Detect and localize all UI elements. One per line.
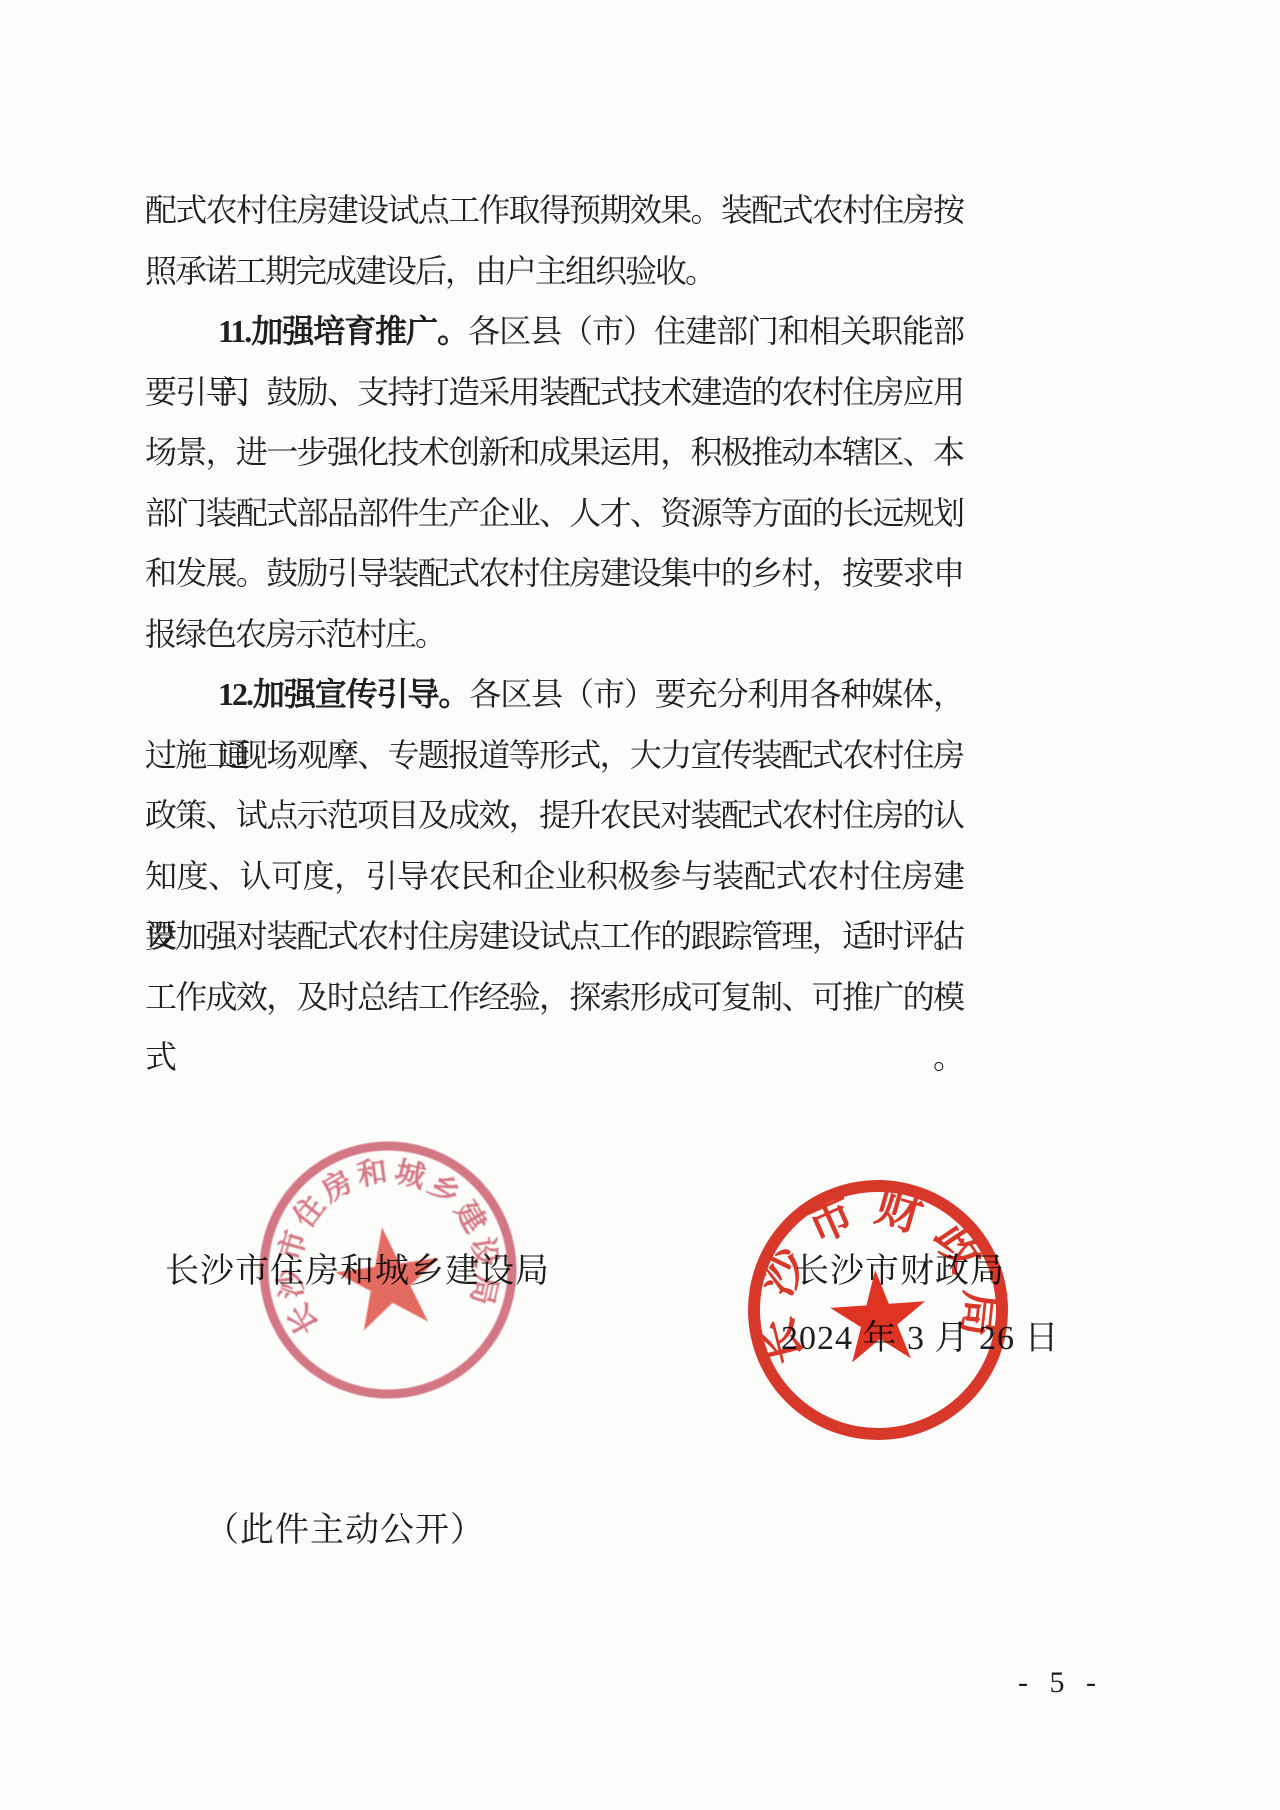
body-line: 12.加强宣传引导。各区县（市）要充分利用各种媒体，通 <box>145 664 963 725</box>
body-line: 要引导、鼓励、支持打造采用装配式技术建造的农村住房应用 <box>145 362 963 423</box>
body-line: 要加强对装配式农村住房建设试点工作的跟踪管理，适时评估 <box>145 906 963 967</box>
body-line: 11.加强培育推广。各区县（市）住建部门和相关职能部门 <box>145 301 963 362</box>
disclosure-note: （此件主动公开） <box>205 1502 485 1551</box>
svg-text:长沙市住房和城乡建设局: 长沙市住房和城乡建设局 <box>259 1141 509 1342</box>
document-page: 配式农村住房建设试点工作取得预期效果。装配式农村住房按照承诺工期完成建设后，由户… <box>0 0 1280 1810</box>
signature-date: 2024 年 3 月 26 日 <box>781 1310 1060 1359</box>
body-text: 配式农村住房建设试点工作取得预期效果。装配式农村住房按照承诺工期完成建设后，由户… <box>145 180 963 1027</box>
body-line: 场景，进一步强化技术创新和成果运用，积极推动本辖区、本 <box>145 422 963 483</box>
signature-right-org: 长沙市财政局 <box>795 1243 1005 1292</box>
body-line: 工作成效，及时总结工作经验，探索形成可复制、可推广的模式。 <box>145 967 963 1028</box>
body-line: 知度、认可度，引导农民和企业积极参与装配式农村住房建设。 <box>145 846 963 907</box>
page-number: - 5 - <box>1018 1666 1103 1700</box>
bold-heading: 12.加强宣传引导。 <box>218 676 469 712</box>
bold-heading: 11.加强培育推广。 <box>218 313 468 349</box>
body-line: 照承诺工期完成建设后，由户主组织验收。 <box>145 241 963 302</box>
body-line: 报绿色农房示范村庄。 <box>145 604 963 665</box>
body-line: 政策、试点示范项目及成效，提升农民对装配式农村住房的认 <box>145 785 963 846</box>
signature-left-org: 长沙市住房和城乡建设局 <box>165 1243 550 1292</box>
body-line: 配式农村住房建设试点工作取得预期效果。装配式农村住房按 <box>145 180 963 241</box>
seal-arc-text: 长沙市住房和城乡建设局 <box>259 1141 509 1342</box>
body-line: 部门装配式部品部件生产企业、人才、资源等方面的长远规划 <box>145 483 963 544</box>
body-line: 和发展。鼓励引导装配式农村住房建设集中的乡村，按要求申 <box>145 543 963 604</box>
body-line: 过施工现场观摩、专题报道等形式，大力宣传装配式农村住房 <box>145 725 963 786</box>
